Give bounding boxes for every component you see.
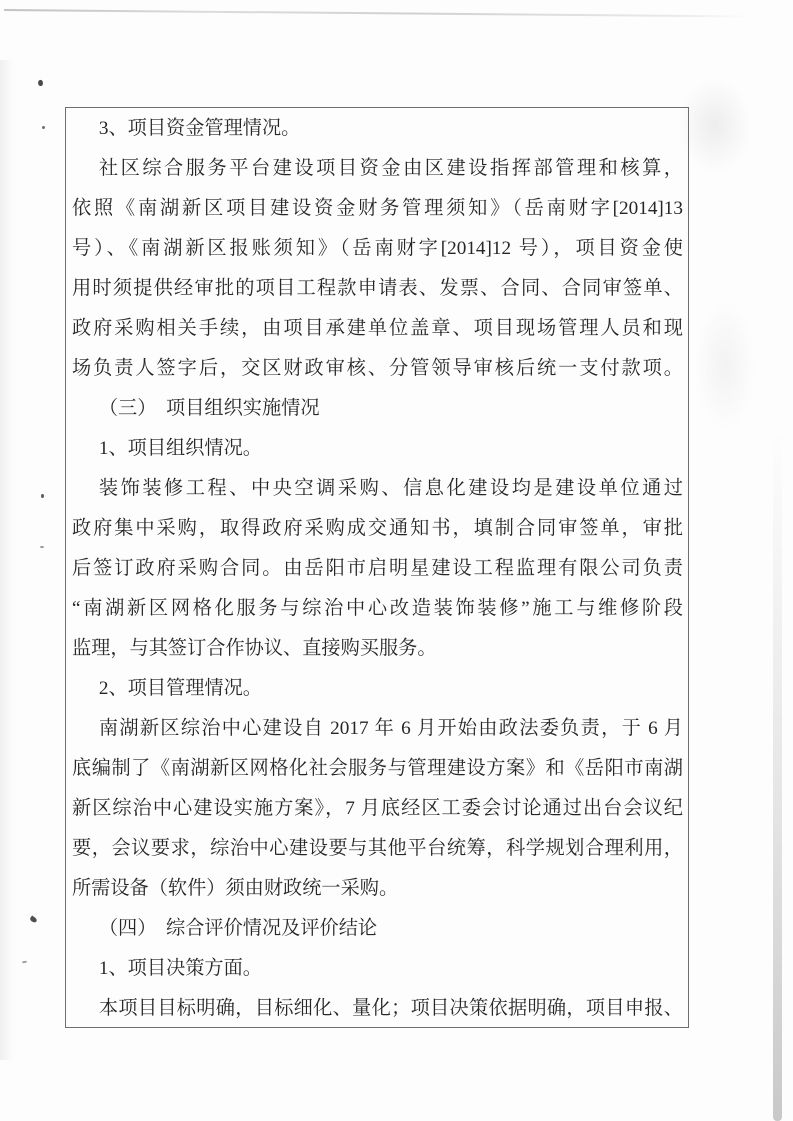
document-line: 要，会议要求，综治中心建设要与其他平台统筹，科学规划合理利用， [72,829,683,869]
scan-speck [29,915,38,923]
document-line: 2、项目管理情况。 [72,669,683,709]
scan-speck [22,961,27,964]
scan-smudge [678,78,752,173]
document-line: 依照《南湖新区项目建设资金财务管理须知》（岳南财字[2014]13 [72,189,683,229]
scan-speck [40,546,44,548]
document-line: 场负责人签字后，交区财政审核、分管领导审核后统一支付款项。 [72,349,683,389]
document-line: 所需设备（软件）须由财政统一采购。 [72,869,683,909]
document-line: （四） 综合评价情况及评价结论 [72,909,683,949]
document-line: （三） 项目组织实施情况 [72,389,683,429]
document-line: 3、项目资金管理情况。 [72,109,683,149]
document-line: 装饰装修工程、中央空调采购、信息化建设均是建设单位通过 [72,469,683,509]
content-box: 3、项目资金管理情况。社区综合服务平台建设项目资金由区建设指挥部管理和核算，依照… [65,107,689,1028]
scan-speck [37,79,44,86]
document-line: 号）、《南湖新区报账须知》（岳南财字[2014]12 号），项目资金使 [72,229,683,269]
document-page: 3、项目资金管理情况。社区综合服务平台建设项目资金由区建设指挥部管理和核算，依照… [0,0,793,1121]
document-line: 本项目目标明确，目标细化、量化；项目决策依据明确，项目申报、 [72,989,683,1028]
document-line: 用时须提供经审批的项目工程款申请表、发票、合同、合同审签单、 [72,269,683,309]
scan-smudge [695,300,755,430]
document-line: 政府集中采购，取得政府采购成交通知书，填制合同审签单，审批 [72,509,683,549]
document-line: 后签订政府采购合同。由岳阳市启明星建设工程监理有限公司负责 [72,549,683,589]
document-line: 底编制了《南湖新区网格化社会服务与管理建设方案》和《岳阳市南湖 [72,749,683,789]
document-lines: 3、项目资金管理情况。社区综合服务平台建设项目资金由区建设指挥部管理和核算，依照… [72,109,683,1028]
document-line: 社区综合服务平台建设项目资金由区建设指挥部管理和核算， [72,149,683,189]
scan-speck [42,126,45,129]
document-line: 1、项目组织情况。 [72,429,683,469]
document-line: 政府采购相关手续，由项目承建单位盖章、项目现场管理人员和现 [72,309,683,349]
document-line: “南湖新区网格化服务与综治中心改造装饰装修”施工与维修阶段 [72,589,683,629]
scan-artifact-left-edge [0,60,14,1060]
document-line: 1、项目决策方面。 [72,949,683,989]
document-line: 监理，与其签订合作协议、直接购买服务。 [72,629,683,669]
scan-artifact-top-line [4,9,752,18]
document-line: 新区综治中心建设实施方案》，7 月底经区工委会讨论通过出台会议纪 [72,789,683,829]
document-line: 南湖新区综治中心建设自 2017 年 6 月开始由政法委负责，于 6 月 [72,709,683,749]
scan-artifact-right-shadow [773,430,782,1121]
scan-speck [41,494,44,498]
